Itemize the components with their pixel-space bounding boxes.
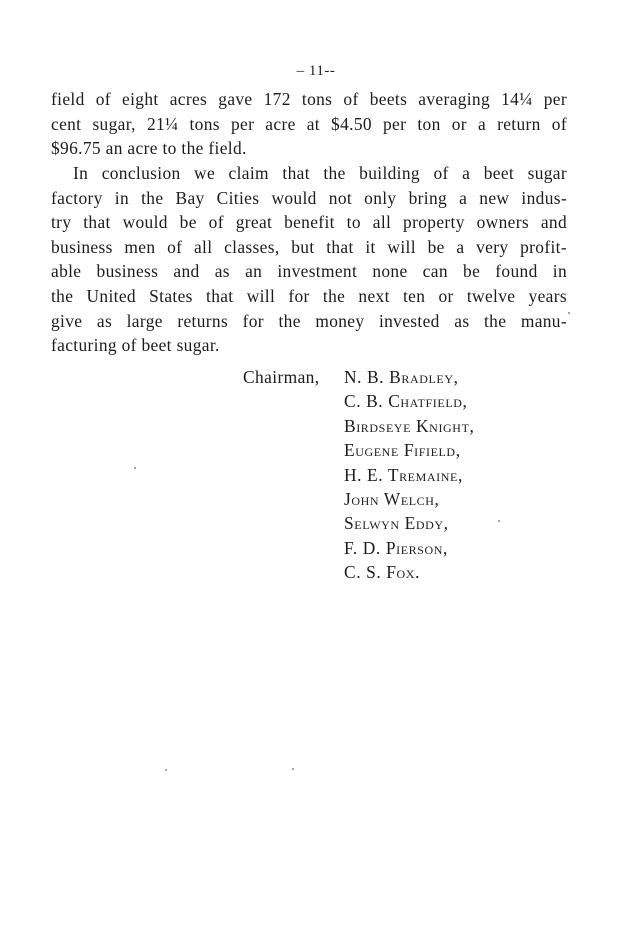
signature-row: Eugene Fifield,: [243, 438, 474, 462]
text-line: cent sugar, 21¼ tons per acre at $4.50 p…: [51, 112, 567, 137]
paragraph-yield-summary: field of eight acres gave 172 tons of be…: [51, 87, 567, 161]
signature-row: C. S. Fox.: [243, 560, 474, 584]
signature-row: F. D. Pierson,: [243, 536, 474, 560]
signature-row: Chairman, N. B. Bradley,: [243, 365, 474, 389]
text-line: able business and as an investment none …: [51, 259, 567, 284]
signature-name: John Welch,: [344, 487, 440, 511]
document-page: – 11-- field of eight acres gave 172 ton…: [0, 0, 632, 926]
signature-name: H. E. Tremaine,: [344, 463, 463, 487]
scan-speck: [134, 467, 136, 469]
text-line: facturing of beet sugar.: [51, 333, 567, 358]
signature-title: Chairman,: [243, 365, 344, 389]
signature-row: Selwyn Eddy,: [243, 511, 474, 535]
text-line: $96.75 an acre to the field.: [51, 136, 567, 161]
signature-name: Selwyn Eddy,: [344, 511, 449, 535]
signature-name: Eugene Fifield,: [344, 438, 461, 462]
signature-block: Chairman, N. B. Bradley, C. B. Chatfield…: [243, 365, 474, 585]
signature-row: H. E. Tremaine,: [243, 463, 474, 487]
text-line: give as large returns for the money inve…: [51, 309, 567, 334]
signature-name: N. B. Bradley,: [344, 365, 459, 389]
signature-name: C. S. Fox.: [344, 560, 420, 584]
scan-speck: [292, 768, 294, 770]
signature-row: C. B. Chatfield,: [243, 389, 474, 413]
signature-row: John Welch,: [243, 487, 474, 511]
text-line: business men of all classes, but that it…: [51, 235, 567, 260]
scan-speck: [165, 769, 167, 771]
text-line: In conclusion we claim that the building…: [51, 161, 567, 186]
signature-name: Birdseye Knight,: [344, 414, 474, 438]
text-line: try that would be of great benefit to al…: [51, 210, 567, 235]
signature-name: C. B. Chatfield,: [344, 389, 467, 413]
text-line: the United States that will for the next…: [51, 284, 567, 309]
paragraph-conclusion: In conclusion we claim that the building…: [51, 161, 567, 358]
text-line: field of eight acres gave 172 tons of be…: [51, 87, 567, 112]
text-line: factory in the Bay Cities would not only…: [51, 186, 567, 211]
scan-speck: [568, 312, 570, 314]
scan-speck: [498, 520, 500, 522]
page-number: – 11--: [0, 63, 632, 80]
signature-row: Birdseye Knight,: [243, 414, 474, 438]
signature-name: F. D. Pierson,: [344, 536, 448, 560]
